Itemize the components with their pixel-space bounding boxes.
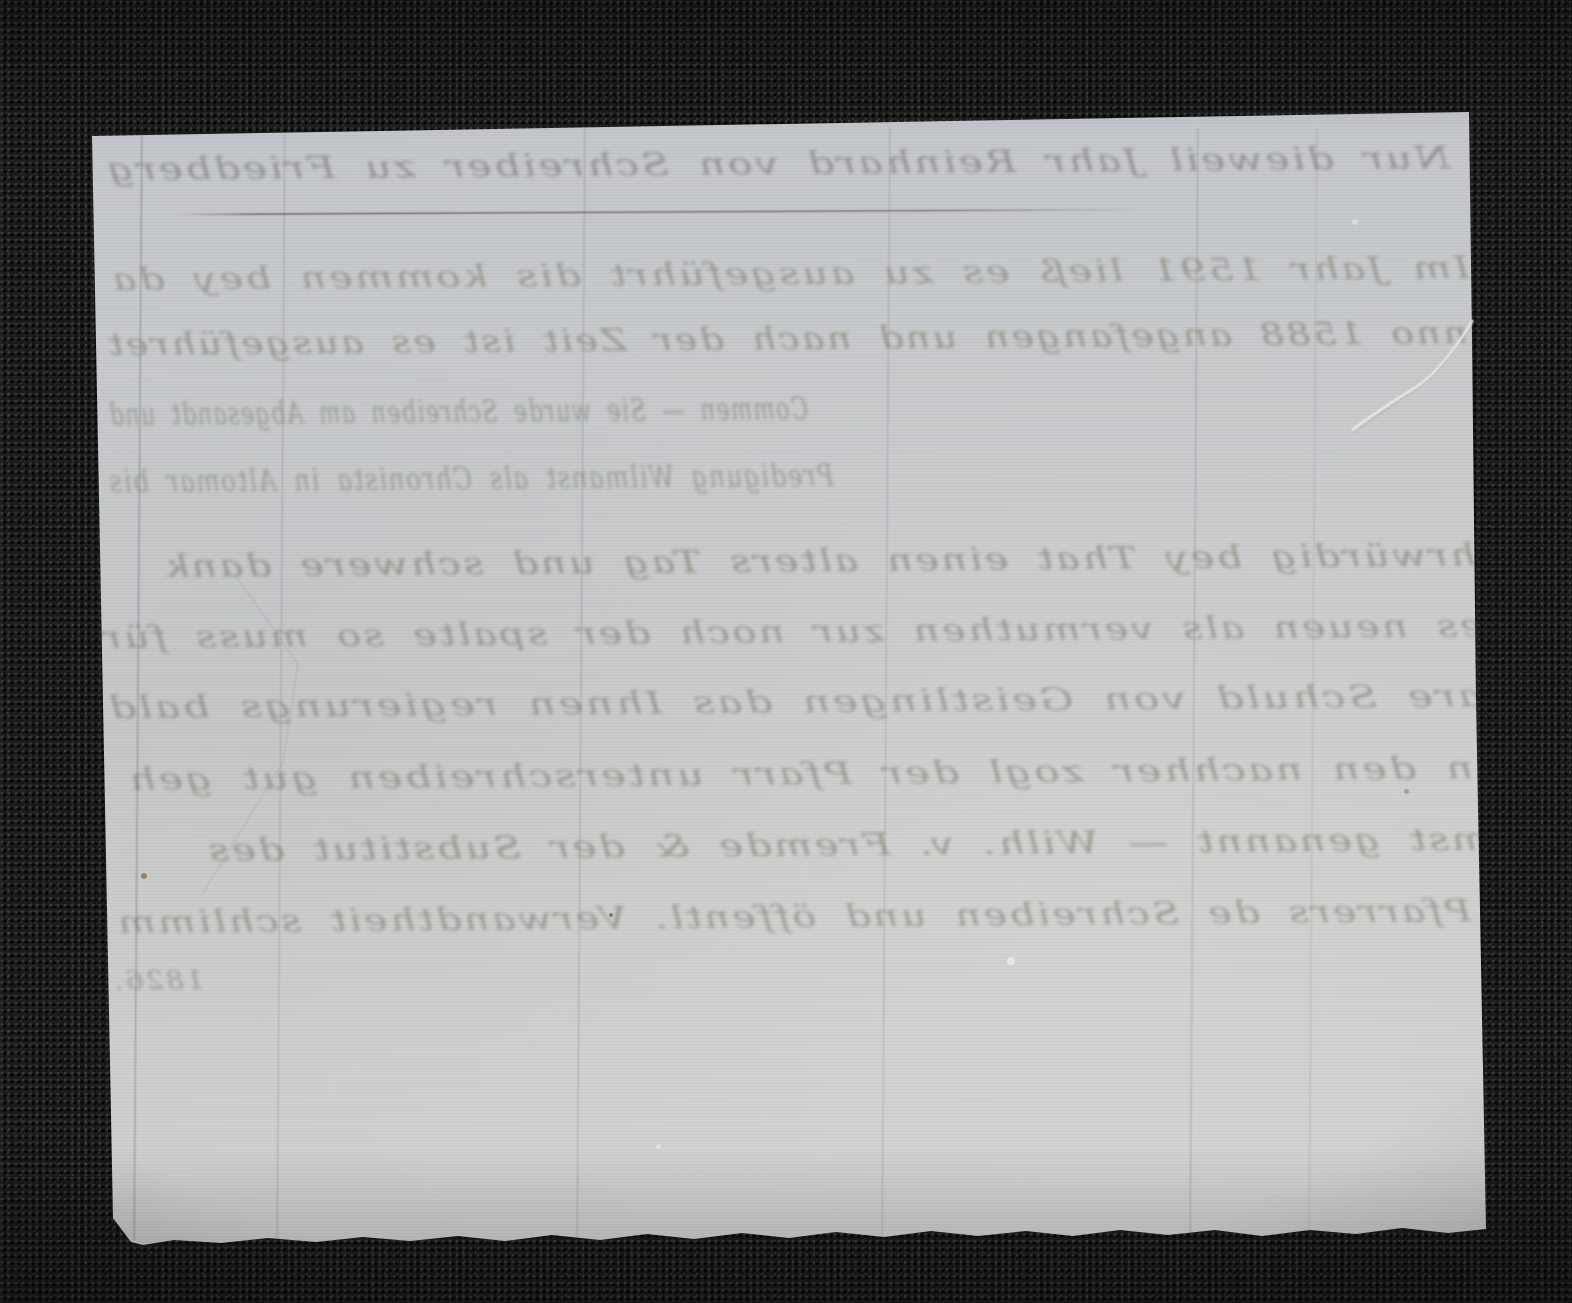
paper-speck <box>1404 789 1409 794</box>
paper-speck <box>656 1144 661 1149</box>
paper-speck <box>1352 219 1358 225</box>
paper-speck <box>1007 957 1015 965</box>
bleedthrough-text: Pfarrers de Schreiben und öffentl. Verwa… <box>116 893 1472 941</box>
bleedthrough-text-line: des neuen als vermuthen zur noch der spa… <box>100 608 1512 656</box>
bleedthrough-text-line: Ehrwürdig bey That einen alters Tag und … <box>162 537 1507 585</box>
bleedthrough-text: Commen — Sie wurde Schreiben am Abgesand… <box>108 391 808 433</box>
bleedthrough-text: Emst genannt — Wilh. v. Fremde & der Sub… <box>206 821 1522 868</box>
paper-speck <box>141 873 147 879</box>
bleedthrough-text-line: 1826. <box>112 966 204 997</box>
bleedthrough-text: des neuen als vermuthen zur noch der spa… <box>100 608 1512 656</box>
bleedthrough-text-line: Emst genannt — Wilh. v. Fremde & der Sub… <box>206 821 1522 868</box>
bleedthrough-text: Anno 1588 angefangen und nach der Zeit i… <box>106 315 1498 363</box>
bleedthrough-text-line: Anno 1588 angefangen und nach der Zeit i… <box>106 315 1498 363</box>
bleedthrough-text: Im Jahr 1591 ließ es zu ausgeführt dis k… <box>110 250 1470 298</box>
bleedthrough-text: 1826. <box>112 966 204 997</box>
bleedthrough-text: Ehrwürdig bey That einen alters Tag und … <box>162 537 1507 585</box>
chain-line <box>576 128 586 1240</box>
bleedthrough-text-line: ein den nachher zogl der Pfarr unterschr… <box>126 750 1516 798</box>
bleedthrough-text: ein den nachher zogl der Pfarr unterschr… <box>126 750 1516 798</box>
bleedthrough-text-line: Predigung Wilmanst als Chronista in Alto… <box>108 458 834 500</box>
bleedthrough-text-line: Pfarrers de Schreiben und öffentl. Verwa… <box>116 893 1472 941</box>
bleedthrough-text: Nur dieweil Jahr Reinhard von Schreiber … <box>105 140 1450 188</box>
bleedthrough-text-line: Nur dieweil Jahr Reinhard von Schreiber … <box>105 140 1450 188</box>
photo-canvas: Nur dieweil Jahr Reinhard von Schreiber … <box>0 0 1572 1303</box>
manuscript-paper: Nur dieweil Jahr Reinhard von Schreiber … <box>0 0 1572 1303</box>
bleedthrough-text: ware Schuld von Geistlingen das Ihnen re… <box>106 678 1522 726</box>
bleedthrough-text-line: ware Schuld von Geistlingen das Ihnen re… <box>106 678 1522 726</box>
header-underline-rule <box>175 208 1150 215</box>
bleedthrough-text-line: Im Jahr 1591 ließ es zu ausgeführt dis k… <box>110 250 1470 298</box>
bleedthrough-text-line: Commen — Sie wurde Schreiben am Abgesand… <box>108 391 808 433</box>
bleedthrough-text: Predigung Wilmanst als Chronista in Alto… <box>108 458 834 500</box>
